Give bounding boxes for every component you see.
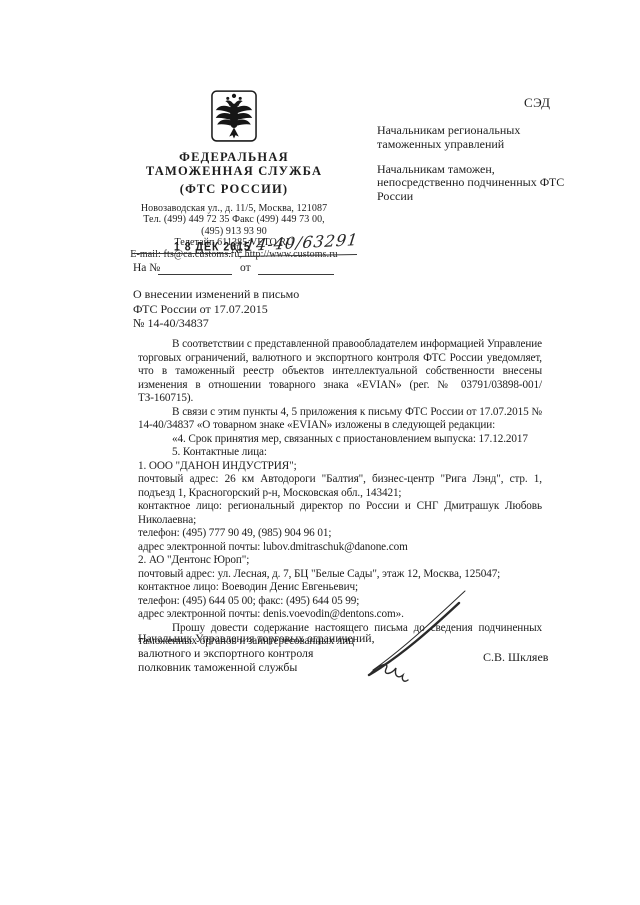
- body-paragraph: В связи с этим пункты 4, 5 приложения к …: [138, 406, 542, 433]
- body-paragraph: почтовый адрес: ул. Лесная, д. 7, БЦ "Бе…: [138, 568, 542, 582]
- recipients-block: Начальникам региональных таможенных упра…: [377, 124, 577, 204]
- blank-line: [258, 274, 334, 275]
- recipient-text: Начальникам таможен, непосредственно под…: [377, 163, 577, 204]
- body-paragraph: адрес электронной почты: lubov.dmitrasch…: [138, 541, 542, 555]
- org-name-line: ТАМОЖЕННАЯ СЛУЖБА: [118, 165, 350, 179]
- coat-of-arms-eagle-icon: [211, 90, 257, 143]
- blank-line: [132, 253, 231, 254]
- subject-line: № 14-40/34837: [133, 316, 373, 331]
- recipient-text: Начальникам региональных таможенных упра…: [377, 124, 577, 152]
- org-address-line: Тел. (499) 449 72 35 Факс (499) 449 73 0…: [118, 214, 350, 226]
- subject-line: ФТС России от 17.07.2015: [133, 302, 373, 317]
- body-paragraph: 5. Контактные лица:: [138, 446, 542, 460]
- handwritten-signature-icon: [338, 588, 470, 692]
- body-paragraph: 2. АО "Дентонс Юроп";: [138, 554, 542, 568]
- body-paragraph: В соответствии с представленной правообл…: [138, 338, 542, 406]
- letter-page: СЭД ФЕДЕРАЛЬНАЯ ТАМОЖЕННАЯ СЛУЖБА: [0, 0, 640, 905]
- body-paragraph: контактное лицо: региональный директор п…: [138, 500, 542, 527]
- sed-label: СЭД: [524, 95, 551, 111]
- org-name-line: ФЕДЕРАЛЬНАЯ: [118, 151, 350, 165]
- org-address-line: Новозаводская ул., д. 11/5, Москва, 1210…: [118, 203, 350, 215]
- org-name-line: (ФТС РОССИИ): [118, 183, 350, 197]
- body-paragraph: почтовый адрес: 26 км Автодороги "Балтия…: [138, 473, 542, 500]
- number-sign: №: [231, 242, 242, 257]
- subject-line: О внесении изменений в письмо: [133, 287, 373, 302]
- body-paragraph: телефон: (495) 777 90 49, (985) 904 96 0…: [138, 527, 542, 541]
- signatory-name: С.В. Шкляев: [483, 650, 548, 665]
- from-label: от: [240, 262, 251, 274]
- blank-line: [158, 274, 232, 275]
- body-paragraph: «4. Срок принятия мер, связанных с приос…: [138, 433, 542, 447]
- reply-to-label: На №: [133, 262, 160, 274]
- body-paragraph: 1. ООО "ДАНОН ИНДУСТРИЯ";: [138, 460, 542, 474]
- subject-block: О внесении изменений в письмо ФТС России…: [133, 287, 373, 331]
